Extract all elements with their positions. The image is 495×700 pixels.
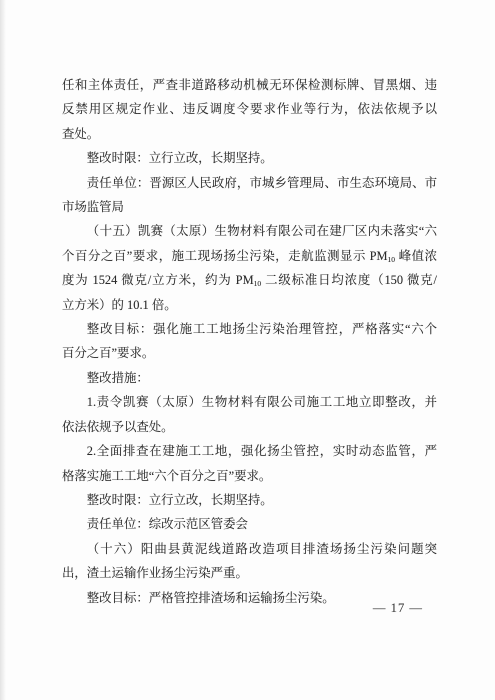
doc-line: 格落实施工工地“六个百分之百”要求。 [62, 464, 437, 488]
doc-line: 百分之百”要求。 [62, 341, 437, 365]
doc-line: 依法依规予以查处。 [62, 415, 437, 439]
doc-line: 查处。 [62, 122, 437, 146]
text-segment: 责任单位：综改示范区管委会 [87, 517, 248, 531]
text-segment: 市场监管局 [62, 200, 124, 214]
para-item-15: （十五）凯赛（太原）生物材料有限公司在建厂区内未落实“六个百分之百”要求，施工现… [62, 219, 437, 317]
para-deadline-1: 整改时限：立行立改，长期坚持。 [62, 146, 437, 170]
para-responsible-unit-1: 责任单位：晋源区人民政府，市城乡管理局、市生态环境局、市市场监管局 [62, 171, 437, 220]
para-deadline-15: 整改时限：立行立改，长期坚持。 [62, 488, 437, 512]
text-segment: 反禁用区规定作业、违反调度令要求作业等行为，依法依规予以 [62, 102, 437, 116]
page-number: — 17 — [373, 601, 423, 616]
para-continuation-enforcement: 任和主体责任，严查非道路移动机械无环保检测标牌、冒黑烟、违反禁用区规定作业、违反… [62, 73, 437, 146]
para-measure-15-2: 2.全面排查在建施工工地，强化扬尘管控，实时动态监管，严格落实施工工地“六个百分… [62, 439, 437, 488]
pm10-subscript: 10 [388, 255, 396, 264]
doc-line: 度为 1524 微克/立方米，约为 PM10 二级标准日均浓度（150 微克/ [62, 268, 437, 292]
doc-line: 责任单位：晋源区人民政府，市城乡管理局、市生态环境局、市 [62, 171, 437, 195]
doc-line: 反禁用区规定作业、违反调度令要求作业等行为，依法依规予以 [62, 97, 437, 121]
text-segment: 查处。 [62, 127, 99, 141]
text-segment: 立方米）的 10.1 倍。 [62, 298, 177, 312]
para-item-16: （十六）阳曲县黄泥线道路改造项目排渣场扬尘污染问题突出，渣土运输作业扬尘污染严重… [62, 537, 437, 586]
doc-line: 整改时限：立行立改，长期坚持。 [62, 488, 437, 512]
doc-line: 市场监管局 [62, 195, 437, 219]
para-goal-15: 整改目标：强化施工工地扬尘污染治理管控，严格落实“六个百分之百”要求。 [62, 317, 437, 366]
text-segment: 格落实施工工地“六个百分之百”要求。 [62, 469, 271, 483]
text-segment: 度为 1524 微克/立方米，约为 PM [62, 273, 254, 287]
para-measure-15-1: 1.责令凯赛（太原）生物材料有限公司施工工地立即整改，并依法依规予以查处。 [62, 390, 437, 439]
doc-line: （十六）阳曲县黄泥线道路改造项目排渣场扬尘污染问题突 [62, 537, 437, 561]
text-segment: 整改措施： [87, 371, 149, 385]
document-page: 任和主体责任，严查非道路移动机械无环保检测标牌、冒黑烟、违反禁用区规定作业、违反… [0, 0, 495, 700]
para-measures-heading-15: 整改措施： [62, 366, 437, 390]
text-block: 任和主体责任，严查非道路移动机械无环保检测标牌、冒黑烟、违反禁用区规定作业、违反… [62, 73, 437, 610]
doc-line: 1.责令凯赛（太原）生物材料有限公司施工工地立即整改，并 [62, 390, 437, 414]
doc-line: 整改时限：立行立改，长期坚持。 [62, 146, 437, 170]
doc-line: （十五）凯赛（太原）生物材料有限公司在建厂区内未落实“六 [62, 219, 437, 243]
text-segment: 2.全面排查在建施工工地，强化扬尘管控，实时动态监管，严 [87, 444, 437, 458]
doc-line: 2.全面排查在建施工工地，强化扬尘管控，实时动态监管，严 [62, 439, 437, 463]
text-segment: 依法依规予以查处。 [62, 420, 174, 434]
text-segment: 百分之百”要求。 [62, 346, 154, 360]
pm10-subscript: 10 [254, 279, 262, 288]
text-segment: 整改时限：立行立改，长期坚持。 [87, 151, 273, 165]
text-segment: 出，渣土运输作业扬尘污染严重。 [62, 566, 248, 580]
doc-line: 整改目标：强化施工工地扬尘污染治理管控，严格落实“六个 [62, 317, 437, 341]
doc-line: 立方米）的 10.1 倍。 [62, 293, 437, 317]
doc-line: 出，渣土运输作业扬尘污染严重。 [62, 561, 437, 585]
doc-line: 整改措施： [62, 366, 437, 390]
text-segment: 责任单位：晋源区人民政府，市城乡管理局、市生态环境局、市 [87, 176, 437, 190]
text-segment: 二级标准日均浓度（150 微克/ [261, 273, 437, 287]
text-segment: （十六）阳曲县黄泥线道路改造项目排渣场扬尘污染问题突 [87, 542, 437, 556]
text-segment: 任和主体责任，严查非道路移动机械无环保检测标牌、冒黑烟、违 [62, 78, 437, 92]
text-segment: 整改时限：立行立改，长期坚持。 [87, 493, 273, 507]
text-segment: （十五）凯赛（太原）生物材料有限公司在建厂区内未落实“六 [87, 224, 437, 238]
text-segment: 峰值浓 [395, 249, 437, 263]
text-segment: 个百分之百”要求，施工现场扬尘污染，走航监测显示 PM [62, 249, 388, 263]
doc-line: 任和主体责任，严查非道路移动机械无环保检测标牌、冒黑烟、违 [62, 73, 437, 97]
doc-line: 个百分之百”要求，施工现场扬尘污染，走航监测显示 PM10 峰值浓 [62, 244, 437, 268]
para-responsible-unit-15: 责任单位：综改示范区管委会 [62, 512, 437, 536]
doc-line: 责任单位：综改示范区管委会 [62, 512, 437, 536]
text-segment: 整改目标：强化施工工地扬尘污染治理管控，严格落实“六个 [87, 322, 437, 336]
text-segment: 整改目标：严格管控排渣场和运输扬尘污染。 [87, 591, 335, 605]
text-segment: 1.责令凯赛（太原）生物材料有限公司施工工地立即整改，并 [87, 395, 437, 409]
